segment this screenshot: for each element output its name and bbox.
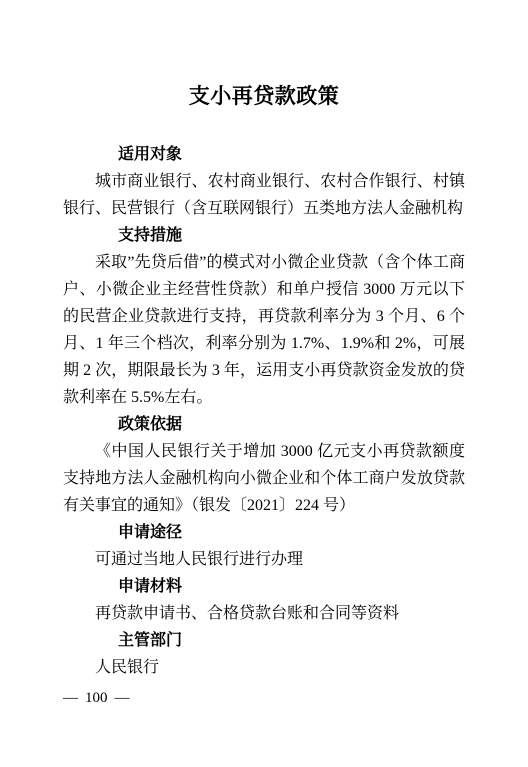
document-page: 支小再贷款政策 适用对象 城市商业银行、农村商业银行、农村合作银行、村镇银行、民… xyxy=(0,0,528,767)
page-number: —100— xyxy=(63,689,130,707)
document-body: 适用对象 城市商业银行、农村商业银行、农村合作银行、村镇银行、民营银行（含互联网… xyxy=(63,141,465,681)
policy-section: 申请途径 可通过当地人民银行进行办理 xyxy=(63,519,465,573)
section-paragraph: 再贷款申请书、合格贷款台账和合同等资料 xyxy=(63,600,465,627)
section-heading: 主管部门 xyxy=(63,627,465,654)
section-heading: 申请材料 xyxy=(63,573,465,600)
document-title: 支小再贷款政策 xyxy=(0,84,528,109)
section-heading: 政策依据 xyxy=(63,411,465,438)
section-heading: 适用对象 xyxy=(63,141,465,168)
section-paragraph: 城市商业银行、农村商业银行、农村合作银行、村镇银行、民营银行（含互联网银行）五类… xyxy=(63,168,465,222)
page-number-value: 100 xyxy=(85,689,108,707)
policy-section: 政策依据 《中国人民银行关于增加 3000 亿元支小再贷款额度支持地方法人金融机… xyxy=(63,411,465,519)
page-number-dash-right: — xyxy=(115,689,130,707)
section-heading: 支持措施 xyxy=(63,222,465,249)
policy-section: 申请材料 再贷款申请书、合格贷款台账和合同等资料 xyxy=(63,573,465,627)
section-heading: 申请途径 xyxy=(63,519,465,546)
section-paragraph: 可通过当地人民银行进行办理 xyxy=(63,546,465,573)
section-paragraph: 《中国人民银行关于增加 3000 亿元支小再贷款额度支持地方法人金融机构向小微企… xyxy=(63,438,465,519)
page-number-dash-left: — xyxy=(63,689,78,707)
policy-section: 主管部门 人民银行 xyxy=(63,627,465,681)
section-paragraph: 人民银行 xyxy=(63,654,465,681)
policy-section: 支持措施 采取”先贷后借”的模式对小微企业贷款（含个体工商户、小微企业主经营性贷… xyxy=(63,222,465,411)
section-paragraph: 采取”先贷后借”的模式对小微企业贷款（含个体工商户、小微企业主经营性贷款）和单户… xyxy=(63,249,465,411)
policy-section: 适用对象 城市商业银行、农村商业银行、农村合作银行、村镇银行、民营银行（含互联网… xyxy=(63,141,465,222)
